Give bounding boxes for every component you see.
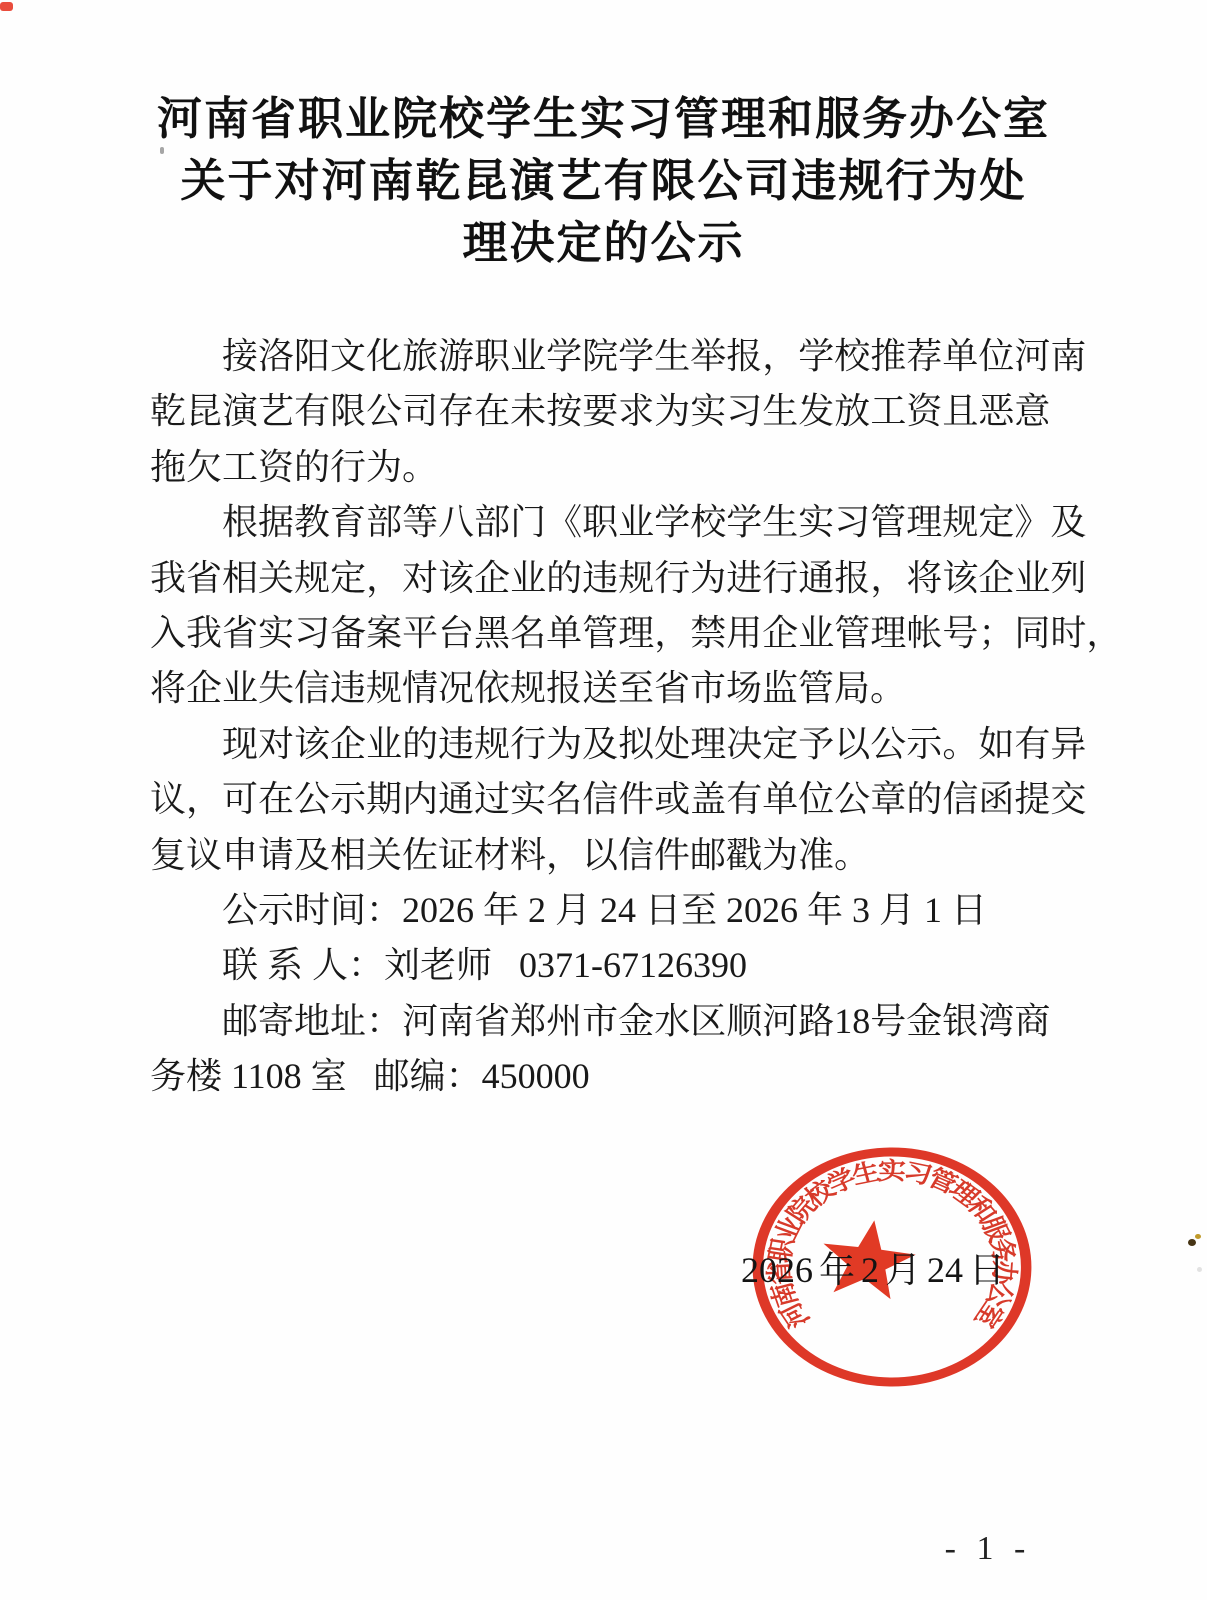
- body-line: 议，可在公示期内通过实名信件或盖有单位公章的信函提交: [150, 772, 1038, 827]
- body-line: 联 系 人：刘老师 0371-67126390: [150, 938, 1038, 993]
- title-line: 理决定的公示: [0, 212, 1207, 274]
- body-line: 接洛阳文化旅游职业学院学生举报，学校推荐单位河南: [150, 329, 1038, 384]
- scan-artifact-faint-speck: [1197, 1267, 1202, 1272]
- title-line: 河南省职业院校学生实习管理和服务办公室: [0, 88, 1207, 150]
- issue-date: 2026 年 2 月 24 日: [741, 1249, 1005, 1291]
- page-number: - 1 -: [898, 1530, 1078, 1568]
- title-line: 关于对河南乾昆演艺有限公司违规行为处: [0, 150, 1207, 212]
- body-line: 将企业失信违规情况依规报送至省市场监管局。: [150, 661, 1038, 716]
- scan-artifact-yellow-speck: [1195, 1234, 1201, 1239]
- body-line: 邮寄地址：河南省郑州市金水区顺河路18号金银湾商: [150, 994, 1038, 1049]
- body-line: 公示时间：2026 年 2 月 24 日至 2026 年 3 月 1 日: [150, 883, 1038, 938]
- body-line: 现对该企业的违规行为及拟处理决定予以公示。如有异: [150, 717, 1038, 772]
- scan-artifact-dark-speck: [1188, 1239, 1196, 1246]
- document-body: 接洛阳文化旅游职业学院学生举报，学校推荐单位河南乾昆演艺有限公司存在未按要求为实…: [150, 329, 1038, 1104]
- body-line: 务楼 1108 室 邮编：450000: [150, 1049, 1038, 1104]
- scan-artifact-red-corner-mark: [0, 2, 13, 11]
- body-line: 乾昆演艺有限公司存在未按要求为实习生发放工资且恶意: [150, 384, 1038, 439]
- body-line: 拖欠工资的行为。: [150, 440, 1038, 495]
- body-line: 入我省实习备案平台黑名单管理，禁用企业管理帐号；同时，: [150, 606, 1038, 661]
- document-page: 河南省职业院校学生实习管理和服务办公室关于对河南乾昆演艺有限公司违规行为处理决定…: [0, 0, 1207, 1600]
- body-line: 我省相关规定，对该企业的违规行为进行通报，将该企业列: [150, 551, 1038, 606]
- body-line: 复议申请及相关佐证材料，以信件邮戳为准。: [150, 828, 1038, 883]
- body-line: 根据教育部等八部门《职业学校学生实习管理规定》及: [150, 495, 1038, 550]
- document-title: 河南省职业院校学生实习管理和服务办公室关于对河南乾昆演艺有限公司违规行为处理决定…: [0, 88, 1207, 274]
